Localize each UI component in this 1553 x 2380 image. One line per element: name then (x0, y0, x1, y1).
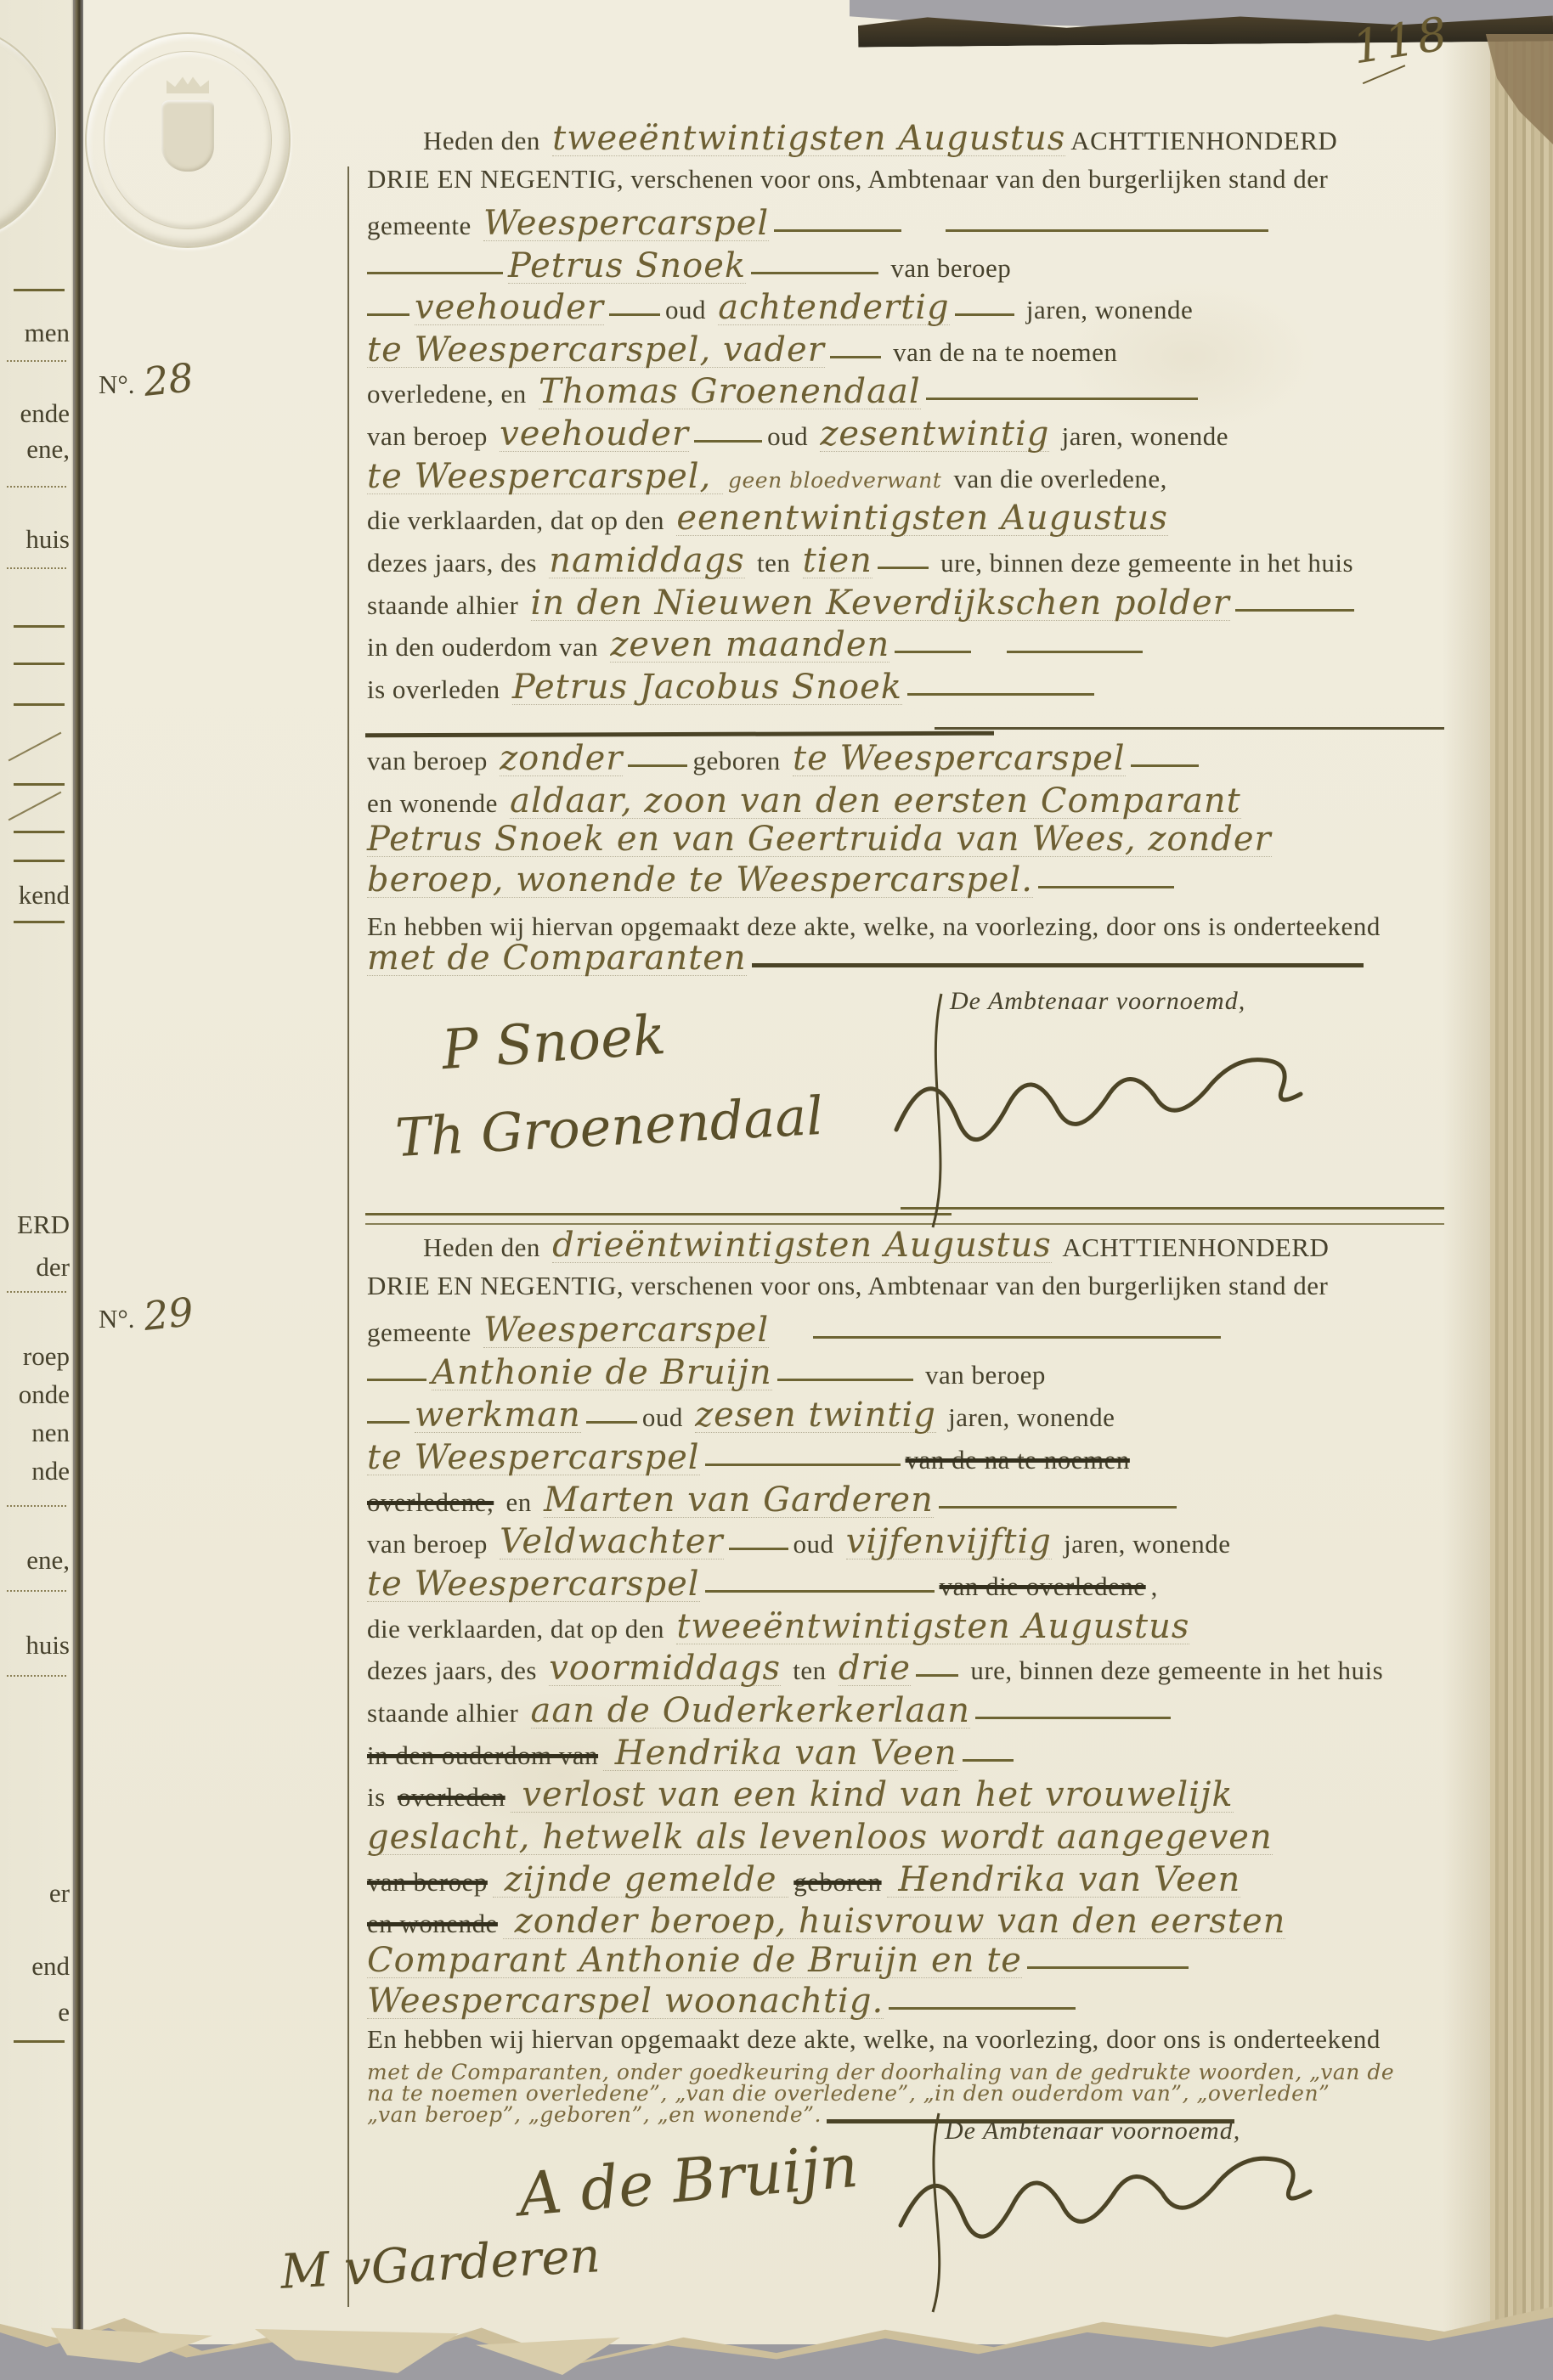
ambtenaar-signature-flourish (850, 977, 1495, 1232)
filler-rule (889, 2007, 1076, 2010)
filler-rule (963, 1759, 1014, 1762)
text-segment: namiddags (549, 544, 745, 578)
filler-rule (939, 1506, 1177, 1509)
text-segment: Petrus Jacobus Snoek (512, 670, 902, 705)
text-segment: van beroep (367, 746, 494, 776)
text-segment: van de na te noemen (906, 1445, 1130, 1475)
act-line: Heden den drieëntwintigsten Augustus ACH… (423, 1228, 1329, 1263)
act-line: te Weespercarspelvan die overledene, (367, 1567, 1158, 1602)
text-segment: zesentwintig (820, 417, 1049, 452)
text-segment: achtendertig (718, 290, 949, 325)
text-segment: geslacht, hetwelk als levenloos wordt aa… (367, 1820, 1273, 1855)
text-segment: zonder (500, 742, 623, 776)
page-fragment-text: roep (23, 1341, 70, 1372)
text-segment: aan de Ouderkerkerlaan (531, 1694, 970, 1729)
filler-rule (367, 1379, 426, 1381)
page-fragment-dash (14, 921, 65, 923)
text-segment: staande alhier (367, 1698, 526, 1729)
act-line: te Weespercarspelvan de na te noemen (367, 1441, 1130, 1475)
act-line: Weespercarspel woonachtig. (367, 1984, 1076, 2019)
page-fragment-dash (14, 289, 65, 291)
act-line: te Weespercarspel, vader van de na te no… (367, 333, 1117, 368)
filler-rule (367, 1421, 409, 1424)
filler-rule (705, 1464, 901, 1466)
act-number-label: N°. (99, 1304, 135, 1334)
filler-rule (1027, 1966, 1189, 1969)
text-segment: gemeente (367, 211, 478, 241)
act-line: dezes jaars, des voormiddags ten drie ur… (367, 1651, 1383, 1686)
text-segment: dezes jaars, des (367, 548, 544, 578)
act-line: in den ouderdom van Hendrika van Veen (367, 1736, 1014, 1771)
text-segment: overleden (398, 1782, 505, 1813)
embossed-seal (85, 32, 291, 248)
text-segment: voormiddags (549, 1651, 781, 1686)
filler-rule (609, 313, 660, 316)
text-segment: Heden den (423, 126, 547, 156)
text-segment: DRIE EN NEGENTIG, verschenen voor ons, A… (367, 164, 1328, 195)
act-line: overledene, en Thomas Groenendaal (367, 375, 1198, 409)
text-segment: beroep, wonende te Weespercarspel. (367, 863, 1033, 898)
ambtenaar-signature-flourish (850, 2098, 1529, 2319)
page-fragment-text: kend (19, 880, 70, 911)
page-fragment-dash (14, 860, 65, 862)
filler-rule (1235, 609, 1354, 612)
filler-rule (729, 1548, 788, 1550)
text-segment: in den Nieuwen Keverdijkschen polder (531, 586, 1230, 621)
text-segment: Anthonie de Bruijn (432, 1356, 772, 1390)
act-line: die verklaarden, dat op den eenentwintig… (367, 501, 1168, 536)
margin-rule (347, 166, 349, 2307)
act-line: beroep, wonende te Weespercarspel. (367, 863, 1174, 898)
text-segment: te Weespercarspel, (367, 460, 723, 494)
filler-rule (367, 272, 503, 274)
text-segment: aldaar, zoon van den eersten Comparant (510, 784, 1241, 819)
filler-rule (926, 398, 1198, 400)
filler-rule (628, 764, 687, 767)
text-segment: Comparant Anthonie de Bruijn en te (367, 1943, 1022, 1978)
filler-rule (774, 229, 901, 232)
act-line: van beroep zijnde gemelde geboren Hendri… (367, 1863, 1240, 1898)
text-segment: tweeëntwintigsten Augustus (676, 1610, 1189, 1644)
page-fragment-text: ende (20, 398, 70, 429)
act-line: en wonende zonder beroep, huisvrouw van … (367, 1904, 1285, 1939)
text-segment: Weespercarspel (483, 206, 769, 241)
facing-page-edge (0, 0, 73, 2344)
text-segment: van beroep (367, 1867, 488, 1898)
text-segment: Thomas Groenendaal (539, 375, 921, 409)
act-line: geslacht, hetwelk als levenloos wordt aa… (367, 1820, 1273, 1855)
page-fragment-text: ERD (17, 1210, 70, 1240)
text-segment: tien (803, 544, 873, 578)
text-segment: DRIE EN NEGENTIG, verschenen voor ons, A… (367, 1271, 1328, 1301)
text-segment: En hebben wij hiervan opgemaakt deze akt… (367, 911, 1381, 942)
filler-rule (946, 229, 1268, 232)
page-fragment-dot (7, 360, 66, 362)
filler-rule (1038, 886, 1174, 888)
text-segment: overledene, (367, 1487, 494, 1518)
text-segment: met de Comparanten (367, 941, 747, 976)
act-line: staande alhier aan de Ouderkerkerlaan (367, 1694, 1171, 1729)
text-segment: Hendrika van Veen (603, 1736, 957, 1771)
filler-rule (955, 313, 1014, 316)
page-fragment-text: der (36, 1252, 70, 1283)
page-fragment-text: onde (19, 1379, 70, 1410)
page-fragment-dash (14, 2040, 65, 2043)
filler-rule (895, 651, 971, 653)
text-segment: jaren, wonende (941, 1402, 1115, 1433)
act-29-number: N°. 29 (99, 1291, 193, 1337)
text-segment: is (367, 1782, 392, 1813)
text-segment: oud (642, 1402, 690, 1433)
filler-rule (813, 1336, 1221, 1339)
text-segment: van beroep (884, 253, 1011, 284)
page-fragment-text: end (31, 1951, 70, 1982)
act-line: staande alhier in den Nieuwen Keverdijks… (367, 586, 1354, 621)
text-segment: en (499, 1487, 539, 1518)
text-segment: werkman (415, 1398, 581, 1433)
text-segment: zonder beroep, huisvrouw van den eersten (503, 1904, 1285, 1939)
page-fragment-text: huis (25, 524, 70, 555)
register-page-scan: 118 N°. 28 N°. 29 Heden den tweeëntwinti… (0, 0, 1553, 2380)
page-fragment-dot (7, 1291, 66, 1293)
page-fragment-text: nen (31, 1418, 70, 1448)
text-segment: van beroep (367, 1529, 494, 1559)
book-page-edges (1490, 0, 1553, 2380)
seal-shield-emblem (161, 100, 214, 172)
text-segment: tweeëntwintigsten Augustus (552, 121, 1065, 156)
filler-rule (586, 1421, 637, 1424)
page-fragment-dash (14, 703, 65, 706)
act-line: Comparant Anthonie de Bruijn en te (367, 1943, 1189, 1978)
page-fragment-dash (14, 625, 65, 628)
act-line: dezes jaars, des namiddags ten tien ure,… (367, 544, 1353, 578)
act-line: van beroep Veldwachteroud vijfenvijftig … (367, 1525, 1231, 1559)
act-line: Petrus Snoek van beroep (367, 249, 1011, 284)
text-segment: gemeente (367, 1317, 478, 1348)
act-line: gemeente Weespercarspel (367, 1313, 1221, 1348)
text-segment: van beroep (918, 1360, 1046, 1390)
act-line: gemeente Weespercarspel (367, 206, 1268, 241)
text-segment: te Weespercarspel (367, 1441, 700, 1475)
filler-rule (694, 440, 762, 443)
page-fragment-text: er (49, 1878, 70, 1909)
text-segment: , (1151, 1571, 1158, 1602)
text-segment: vijfenvijftig (846, 1525, 1052, 1559)
text-segment: te Weespercarspel (793, 742, 1126, 776)
act-line: En hebben wij hiervan opgemaakt deze akt… (367, 911, 1381, 942)
text-segment: ten (750, 548, 798, 578)
filler-rule (975, 1717, 1171, 1719)
text-segment: zeven maanden (610, 628, 889, 663)
text-segment: verlost van een kind van het vrouwelijk (511, 1778, 1234, 1813)
page-fragment-dash (14, 663, 65, 665)
text-segment: zijnde gemelde (493, 1863, 788, 1898)
text-segment: van beroep (367, 421, 494, 452)
filler-rule (1007, 651, 1143, 653)
page-fragment-dash (14, 831, 65, 833)
act-line: die verklaarden, dat op den tweeëntwinti… (367, 1610, 1189, 1644)
act-line: DRIE EN NEGENTIG, verschenen voor ons, A… (367, 164, 1328, 195)
signature-p-snoek: P Snoek (440, 1008, 667, 1078)
text-segment: Marten van Garderen (544, 1483, 934, 1518)
text-segment: te Weespercarspel, vader (367, 333, 825, 368)
text-segment: jaren, wonende (1054, 421, 1228, 452)
text-segment: is overleden (367, 674, 507, 705)
text-segment: Heden den (423, 1232, 547, 1263)
act-line: Anthonie de Bruijn van beroep (367, 1356, 1046, 1390)
text-segment: Petrus Snoek (508, 249, 746, 284)
text-segment: oud (793, 1529, 841, 1559)
page-fragment-dot (7, 567, 66, 569)
act-line: overledene, en Marten van Garderen (367, 1483, 1177, 1518)
act-number-label: N°. (99, 369, 135, 400)
text-segment: veehouder (500, 417, 689, 452)
text-segment: ACHTTIENHONDERD (1070, 126, 1337, 156)
text-segment: die verklaarden, dat op den (367, 1614, 671, 1644)
text-segment: geen bloedverwant (728, 468, 941, 493)
act-line: en wonende aldaar, zoon van den eersten … (367, 784, 1241, 819)
filler-rule (752, 963, 1364, 967)
text-segment: veehouder (415, 290, 604, 325)
act-line: van beroep veehouderoud zesentwintig jar… (367, 417, 1228, 452)
act-line: Petrus Snoek en van Geertruida van Wees,… (367, 822, 1272, 857)
act-line: is overleden verlost van een kind van he… (367, 1778, 1234, 1813)
text-segment: die verklaarden, dat op den (367, 505, 671, 536)
filler-rule (878, 567, 929, 569)
text-segment: ten (786, 1655, 833, 1686)
act-line: veehouderoud achtendertig jaren, wonende (367, 290, 1193, 325)
act-number-value: 29 (141, 1289, 195, 1339)
page-fragment-text: e (58, 1997, 70, 2028)
filler-rule (751, 272, 878, 274)
page-fragment-text: ene, (26, 434, 70, 465)
page-fragment-dot (7, 486, 66, 488)
act-line: Heden den tweeëntwintigsten AugustusACHT… (423, 121, 1337, 156)
page-fragment-dot (7, 1675, 66, 1677)
text-segment: geboren (692, 746, 788, 776)
embossed-seal-partial (0, 25, 56, 241)
text-segment: overledene, en (367, 379, 534, 409)
text-segment: van die overledene, (946, 464, 1167, 494)
text-segment: in den ouderdom van (367, 1740, 598, 1771)
text-segment: jaren, wonende (1057, 1529, 1231, 1559)
text-segment: ure, binnen deze gemeente in het huis (934, 548, 1353, 578)
text-segment: En hebben wij hiervan opgemaakt deze akt… (367, 2024, 1381, 2055)
text-segment: en wonende (367, 788, 505, 819)
heavy-fill-rule (935, 727, 1444, 730)
text-segment: staande alhier (367, 590, 526, 621)
text-segment: Veldwachter (500, 1525, 723, 1559)
page-fragment-text: nde (31, 1456, 70, 1486)
text-segment: oud (665, 295, 713, 325)
page-fragment-text: ene, (26, 1545, 70, 1576)
act-line: van beroep zondergeboren te Weespercarsp… (367, 742, 1199, 776)
text-segment: jaren, wonende (1019, 295, 1194, 325)
text-segment: Weespercarspel woonachtig. (367, 1984, 884, 2019)
act-number-value: 28 (141, 354, 195, 405)
text-segment: ACHTTIENHONDERD (1057, 1232, 1330, 1263)
filler-rule (705, 1590, 935, 1593)
text-segment: oud (767, 421, 815, 452)
act-line: is overleden Petrus Jacobus Snoek (367, 670, 1094, 705)
text-segment: te Weespercarspel (367, 1567, 700, 1602)
act-line: in den ouderdom van zeven maanden (367, 628, 1143, 663)
page-fragment-text: huis (25, 1630, 70, 1661)
text-segment: geboren (793, 1867, 881, 1898)
text-segment: „van beroep”, „geboren”, „en wonende”. (367, 2102, 822, 2127)
act-line: DRIE EN NEGENTIG, verschenen voor ons, A… (367, 1271, 1328, 1301)
text-segment: zesen twintig (695, 1398, 936, 1433)
act-line: met de Comparanten (367, 941, 1364, 976)
text-segment: ure, binnen deze gemeente in het huis (963, 1655, 1383, 1686)
act-line: En hebben wij hiervan opgemaakt deze akt… (367, 2024, 1381, 2055)
act-28-number: N°. 28 (99, 357, 193, 403)
filler-rule (777, 1379, 913, 1381)
text-segment: in den ouderdom van (367, 632, 605, 663)
text-segment: drie (839, 1651, 911, 1686)
act-line: te Weespercarspel, geen bloedverwant van… (367, 460, 1167, 494)
filler-rule (916, 1674, 958, 1677)
text-segment: van die overledene (940, 1571, 1146, 1602)
text-segment: Petrus Snoek en van Geertruida van Wees,… (367, 822, 1272, 857)
text-segment: Weespercarspel (483, 1313, 769, 1348)
page-fragment-dash (14, 783, 65, 786)
text-segment: Hendrika van Veen (887, 1863, 1241, 1898)
filler-rule (830, 356, 881, 358)
page-fragment-text: men (25, 318, 70, 348)
text-segment: van de na te noemen (886, 337, 1118, 368)
text-segment: eenentwintigsten Augustus (676, 501, 1168, 536)
filler-rule (1131, 764, 1199, 767)
text-segment: drieëntwintigsten Augustus (552, 1228, 1052, 1263)
filler-rule (907, 693, 1094, 696)
page-fragment-dot (7, 1505, 66, 1507)
page-fragment-dot (7, 1590, 66, 1592)
filler-rule (367, 313, 409, 316)
text-segment: en wonende (367, 1909, 498, 1939)
text-segment: dezes jaars, des (367, 1655, 544, 1686)
act-line: werkmanoud zesen twintig jaren, wonende (367, 1398, 1115, 1433)
